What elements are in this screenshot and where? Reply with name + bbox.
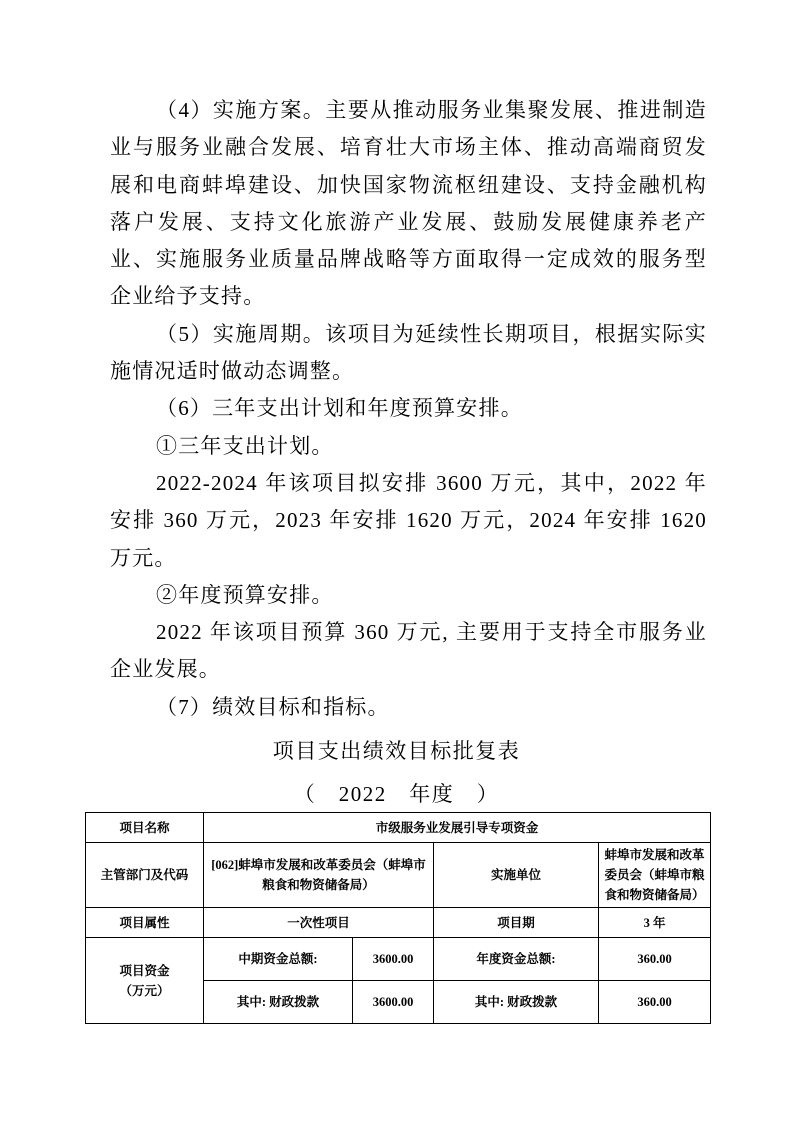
paragraph-three-year-plan-heading: （6）三年支出计划和年度预算安排。 <box>110 390 707 427</box>
table-row-department: 主管部门及代码 [062]蚌埠市发展和改革委员会（蚌埠市粮食和物资储备局） 实施… <box>86 843 711 908</box>
document-page: （4）实施方案。主要从推动服务业集聚发展、推进制造业与服务业融合发展、培育壮大市… <box>0 0 793 1122</box>
fiscal-allocation-annual-label: 其中: 财政拨款 <box>434 981 599 1024</box>
fiscal-allocation-annual-value: 360.00 <box>599 981 711 1024</box>
department-code-value: [062]蚌埠市发展和改革委员会（蚌埠市粮食和物资储备局） <box>204 843 434 908</box>
paragraph-performance-target-heading: （7）绩效目标和指标。 <box>110 689 707 726</box>
table-row-project-name: 项目名称 市级服务业发展引导专项资金 <box>86 813 711 843</box>
annual-total-value: 360.00 <box>599 938 711 981</box>
implementing-unit-label: 实施单位 <box>434 843 599 908</box>
annual-total-label: 年度资金总额: <box>434 938 599 981</box>
project-funds-label-line1: 项目资金 <box>91 961 198 981</box>
table-row-project-attribute: 项目属性 一次性项目 项目期 3 年 <box>86 908 711 938</box>
project-period-label: 项目期 <box>434 908 599 938</box>
project-name-label: 项目名称 <box>86 813 204 843</box>
table-title: 项目支出绩效目标批复表 <box>0 736 793 766</box>
department-code-label: 主管部门及代码 <box>86 843 204 908</box>
fiscal-allocation-mid-value: 3600.00 <box>353 981 434 1024</box>
project-attribute-label: 项目属性 <box>86 908 204 938</box>
mid-term-total-value: 3600.00 <box>353 938 434 981</box>
table-row-funds-totals: 项目资金 （万元） 中期资金总额: 3600.00 年度资金总额: 360.00 <box>86 938 711 981</box>
project-period-value: 3 年 <box>599 908 711 938</box>
mid-term-total-label: 中期资金总额: <box>204 938 353 981</box>
paragraph-annual-budget-detail: 2022 年该项目预算 360 万元, 主要用于支持全市服务业企业发展。 <box>110 614 707 689</box>
project-funds-label-line2: （万元） <box>91 981 198 1001</box>
project-funds-label: 项目资金 （万元） <box>86 938 204 1024</box>
table-subtitle-year: （ 2022 年度 ） <box>0 779 793 809</box>
project-attribute-value: 一次性项目 <box>204 908 434 938</box>
project-name-value: 市级服务业发展引导专项资金 <box>204 813 711 843</box>
fiscal-allocation-mid-label: 其中: 财政拨款 <box>204 981 353 1024</box>
paragraph-three-year-plan-detail: 2022-2024 年该项目拟安排 3600 万元，其中，2022 年安排 36… <box>110 465 707 577</box>
document-body: （4）实施方案。主要从推动服务业集聚发展、推进制造业与服务业融合发展、培育壮大市… <box>110 92 707 726</box>
implementing-unit-value: 蚌埠市发展和改革委员会（蚌埠市粮食和物资储备局） <box>599 843 711 908</box>
paragraph-implementation-period: （5）实施周期。该项目为延续性长期项目，根据实际实施情况适时做动态调整。 <box>110 316 707 391</box>
paragraph-three-year-plan-subheading: ①三年支出计划。 <box>110 428 707 465</box>
performance-target-approval-table: 项目名称 市级服务业发展引导专项资金 主管部门及代码 [062]蚌埠市发展和改革… <box>85 812 711 1024</box>
paragraph-annual-budget-subheading: ②年度预算安排。 <box>110 577 707 614</box>
paragraph-implementation-plan: （4）实施方案。主要从推动服务业集聚发展、推进制造业与服务业融合发展、培育壮大市… <box>110 92 707 316</box>
